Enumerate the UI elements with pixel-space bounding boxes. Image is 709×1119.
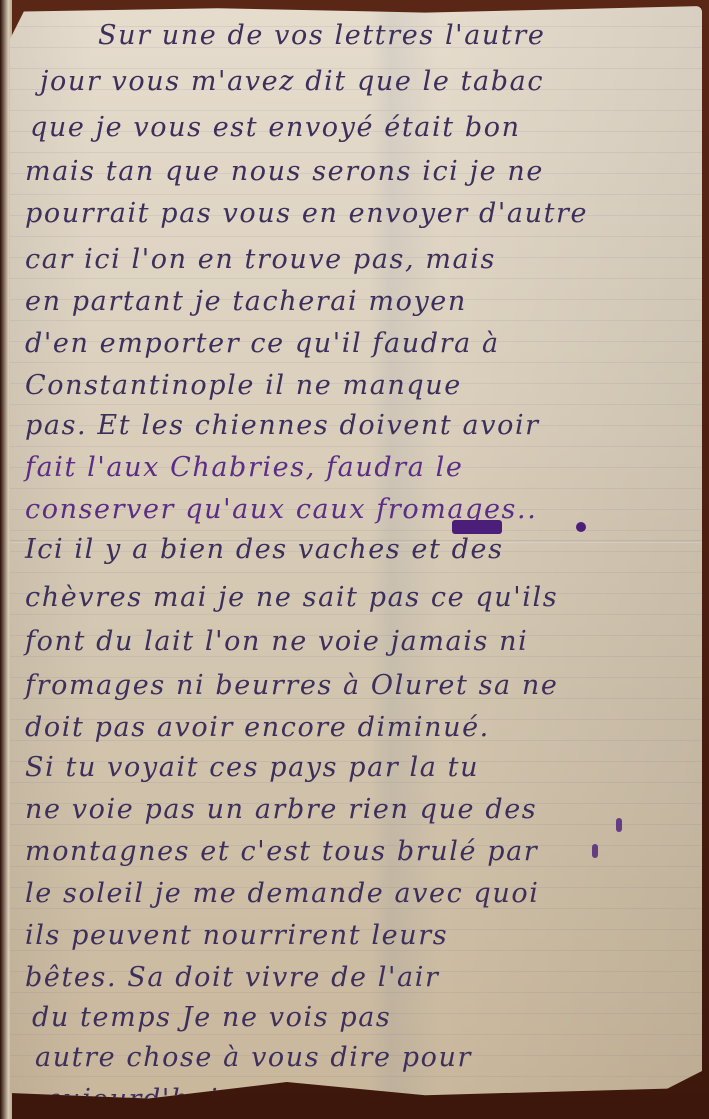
ink-blot <box>592 844 598 858</box>
letter-line: pas. Et les chiennes doivent avoir <box>25 410 540 441</box>
letter-line: fait l'aux Chabries, faudra le <box>25 452 463 483</box>
letter-line: Si tu voyait ces pays par la tu <box>25 752 479 783</box>
ink-blot <box>576 522 586 532</box>
letter-line: Ici il y a bien des vaches et des <box>25 534 504 565</box>
letter-line: du temps Je ne vois pas <box>32 1002 391 1033</box>
letter-line: font du lait l'on ne voie jamais ni <box>25 626 528 657</box>
letter-line: bêtes. Sa doit vivre de l'air <box>25 962 439 993</box>
letter-line: Constantinople il ne manque <box>25 370 462 401</box>
ink-blot <box>452 520 502 534</box>
letter-line: jour vous m'avez dit que le tabac <box>40 66 544 97</box>
letter-line: ils peuvent nourrirent leurs <box>25 920 448 951</box>
letter-line: que je vous est envoyé était bon <box>30 112 521 143</box>
letter-line: ne voie pas un arbre rien que des <box>25 794 537 825</box>
letter-line: car ici l'on en trouve pas, mais <box>25 244 496 275</box>
letter-line: pourrait pas vous en envoyer d'autre <box>25 198 588 229</box>
letter-page: Sur une de vos lettres l'autre jour vous… <box>10 6 702 1104</box>
letter-line: le soleil je me demande avec quoi <box>25 878 539 909</box>
letter-line: d'en emporter ce qu'il faudra à <box>25 328 500 359</box>
letter-line: fromages ni beurres à Oluret sa ne <box>25 670 559 701</box>
letter-line: doit pas avoir encore diminué. <box>25 712 490 743</box>
letter-line: en partant je tacherai moyen <box>25 286 467 317</box>
letter-line: montagnes et c'est tous brulé par <box>25 836 538 867</box>
letter-line: Sur une de vos lettres l'autre <box>98 20 545 51</box>
letter-line: mais tan que nous serons ici je ne <box>25 156 544 187</box>
letter-line: autre chose à vous dire pour <box>35 1042 472 1073</box>
letter-line: chèvres mai je ne sait pas ce qu'ils <box>25 582 558 613</box>
ink-blot <box>616 818 622 832</box>
